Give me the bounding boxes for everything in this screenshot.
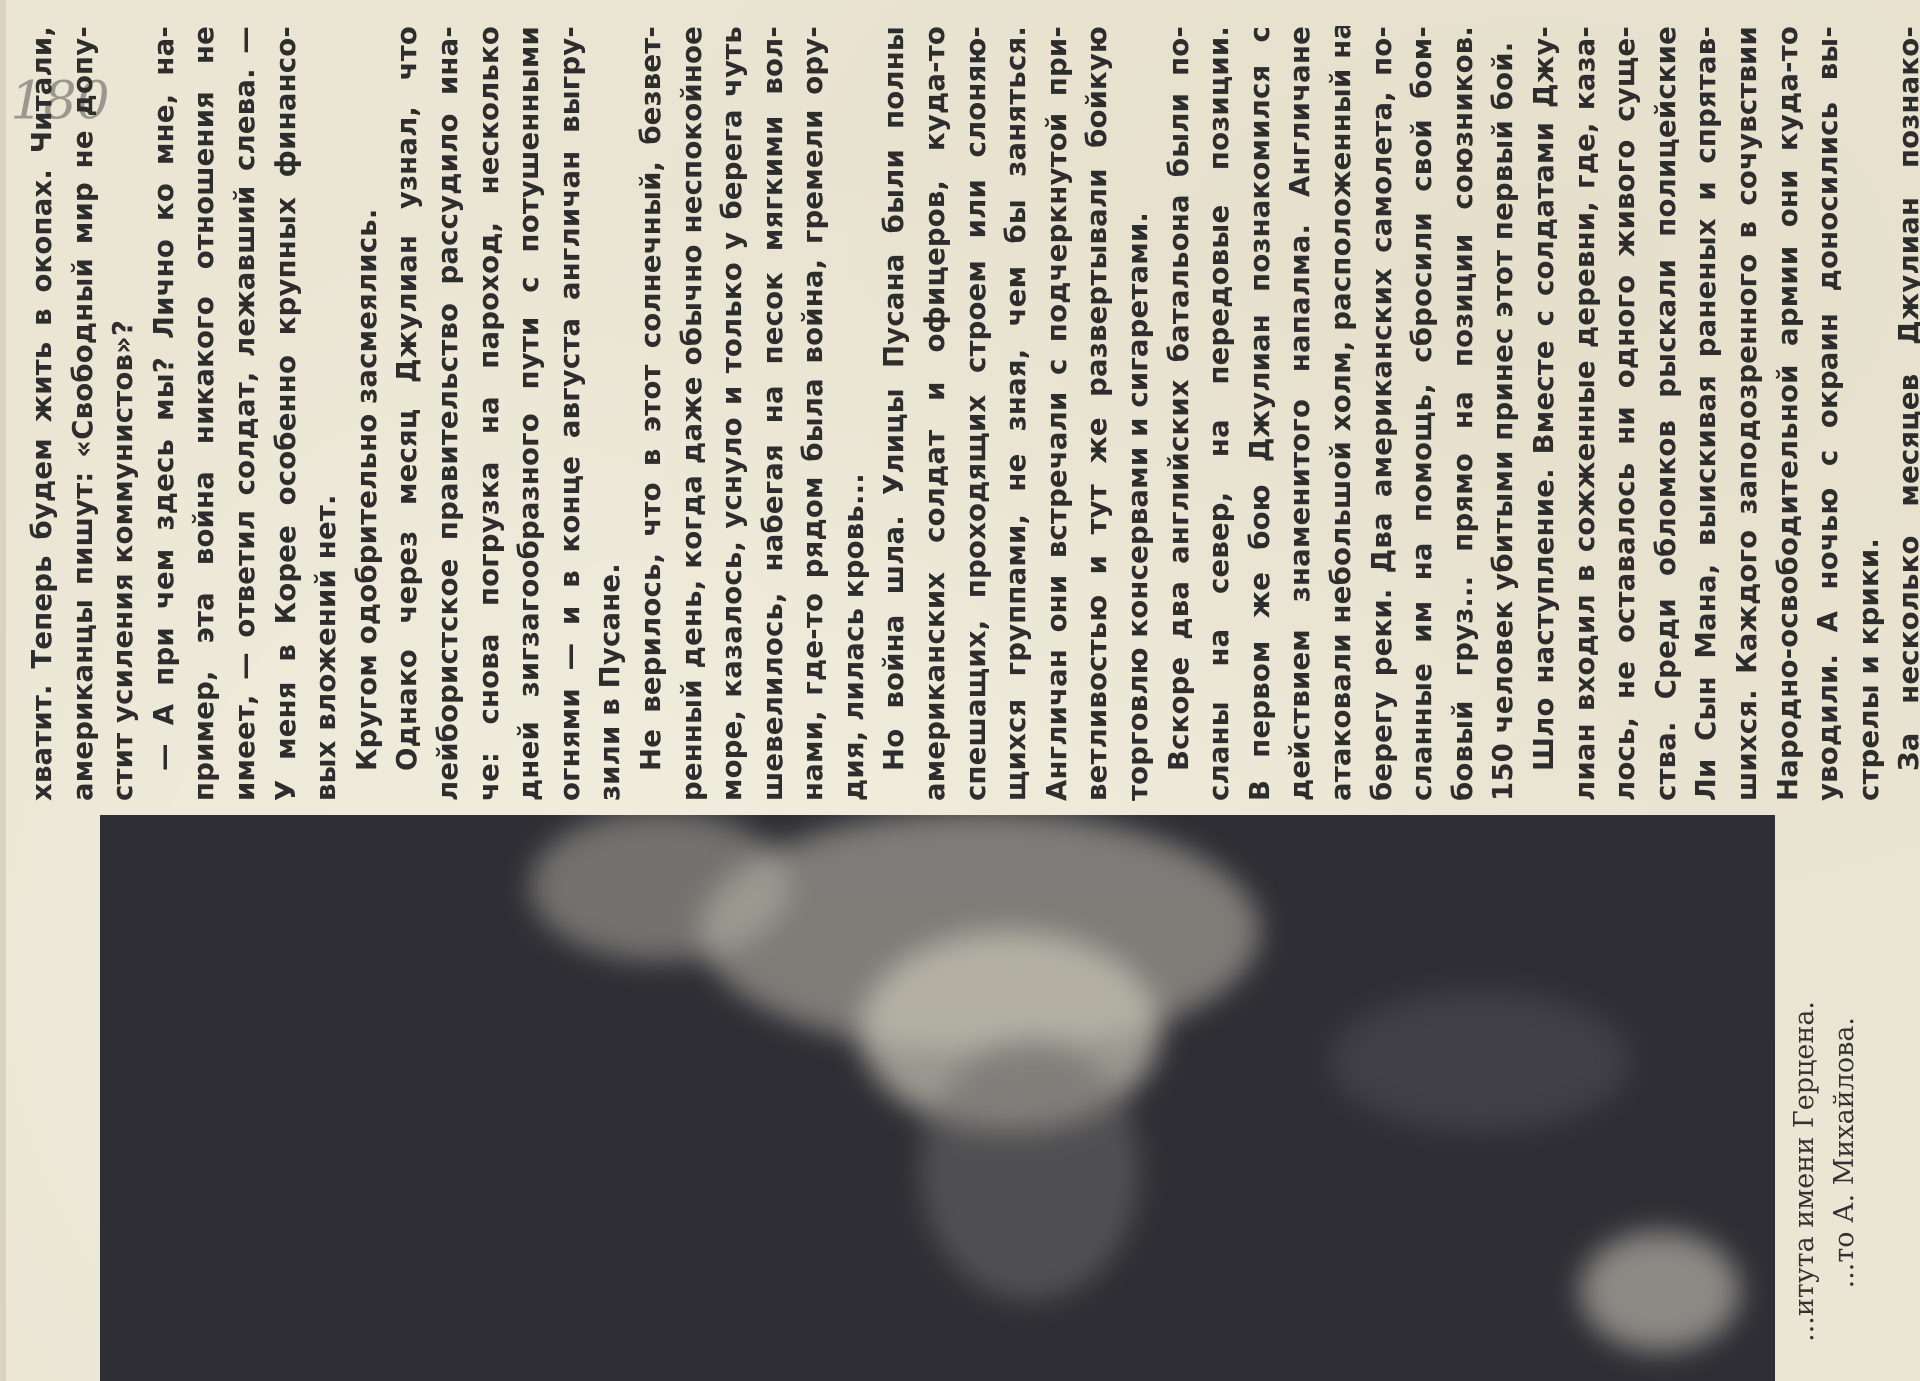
- article-line: берегу реки. Два американских самолета, …: [1362, 26, 1403, 801]
- article-line: Ли Сын Мана, выискивая раненых и спрятав…: [1686, 26, 1727, 801]
- article-line: ренный день, когда даже обычно неспокойн…: [672, 26, 713, 801]
- article-line: Однако через месяц Джулиан узнал, что: [387, 26, 428, 801]
- article-line: шевелилось, набегая на песок мягкими вол…: [753, 26, 794, 801]
- article-line: шихся. Каждого заподозренного в сочувств…: [1727, 26, 1768, 801]
- article-line: 150 человек убитыми принес этот первый б…: [1483, 26, 1524, 801]
- caption-line: ...то А. Михайлова.: [1825, 1001, 1865, 1381]
- article-line: стрелы и крики.: [1849, 26, 1890, 801]
- article-line: ства. Среди обломков рыскали полицейские: [1646, 26, 1687, 801]
- article-line: хватит. Теперь будем жить в окопах. Чита…: [22, 26, 63, 801]
- article-line: лейбористское правительство рассудило ин…: [428, 26, 469, 801]
- article-line: действием знаменитого напалма. Англичане: [1280, 26, 1321, 801]
- article-line: вых вложений нет.: [306, 26, 347, 801]
- magazine-page: 180 хватит. Теперь будем жить в окопах. …: [0, 0, 1920, 1381]
- article-line: стит усиления коммунистов»?: [103, 26, 144, 801]
- article-line: сланы на север, на передовые позиции.: [1199, 26, 1240, 801]
- photo-caption: ...итута имени Герцена. ...то А. Михайло…: [1785, 1001, 1865, 1381]
- article-line: спешащих, проходящих строем или слоняю-: [956, 26, 997, 801]
- article-line: имеет, — ответил солдат, лежавший слева.…: [225, 26, 266, 801]
- article-line: дней зигзагообразного пути с потушенными: [509, 26, 550, 801]
- article-line: — А при чем здесь мы? Лично ко мне, на-: [144, 26, 185, 801]
- article-line: сланные им на помощь, сбросили свой бом-: [1402, 26, 1443, 801]
- article-line: уводили. А ночью с окраин доносились вы-: [1808, 26, 1849, 801]
- article-line: американцы пишут: «Свободный мир не допу…: [63, 26, 104, 801]
- article-line: Англичан они встречали с подчеркнутой пр…: [1037, 26, 1078, 801]
- article-line: американских солдат и офицеров, куда-то: [915, 26, 956, 801]
- article-line: лиан входил в сожженные деревни, где, ка…: [1565, 26, 1606, 801]
- article-line: Но война шла. Улицы Пусана были полны: [874, 26, 915, 801]
- article-line: дия, лилась кровь...: [834, 26, 875, 801]
- article-line: В первом же бою Джулиан познакомился с: [1240, 26, 1281, 801]
- article-line: зили в Пусане.: [590, 26, 631, 801]
- article-line: огнями — и в конце августа англичан выгр…: [550, 26, 591, 801]
- article-line: щихся группами, не зная, чем бы заняться…: [996, 26, 1037, 801]
- article-line: Вскоре два английских батальона были по-: [1159, 26, 1200, 801]
- article-line: Не верилось, что в этот солнечный, безве…: [631, 26, 672, 801]
- article-line: Шло наступление. Вместе с солдатами Джу-: [1524, 26, 1565, 801]
- article-line: Народно-освободительной армии они куда-т…: [1768, 26, 1809, 801]
- article-line: бовый груз... прямо на позиции союзников…: [1443, 26, 1484, 801]
- article-line: атаковали небольшой холм, расположенный …: [1321, 26, 1362, 801]
- page-edge: [0, 0, 6, 1381]
- article-line: лось, не оставалось ни одного живого сущ…: [1605, 26, 1646, 801]
- article-line: нами, где-то рядом была война, гремели о…: [793, 26, 834, 801]
- article-line: ветливостью и тут же развертывали бойкую: [1077, 26, 1118, 801]
- portrait-photo: [100, 815, 1775, 1381]
- article-text-column: хватит. Теперь будем жить в окопах. Чита…: [22, 26, 1920, 801]
- article-line: торговлю консервами и сигаретами.: [1118, 26, 1159, 801]
- article-line: Кругом одобрительно засмеялись.: [347, 26, 388, 801]
- article-line: У меня в Корее особенно крупных финансо-: [266, 26, 307, 801]
- article-line: пример, эта война никакого отношения не: [184, 26, 225, 801]
- article-line: море, казалось, уснуло и только у берега…: [712, 26, 753, 801]
- caption-line: ...итута имени Герцена.: [1785, 1001, 1825, 1381]
- article-line: че: снова погрузка на пароход, несколько: [469, 26, 510, 801]
- article-line: За несколько месяцев Джулиан познако-: [1889, 26, 1920, 801]
